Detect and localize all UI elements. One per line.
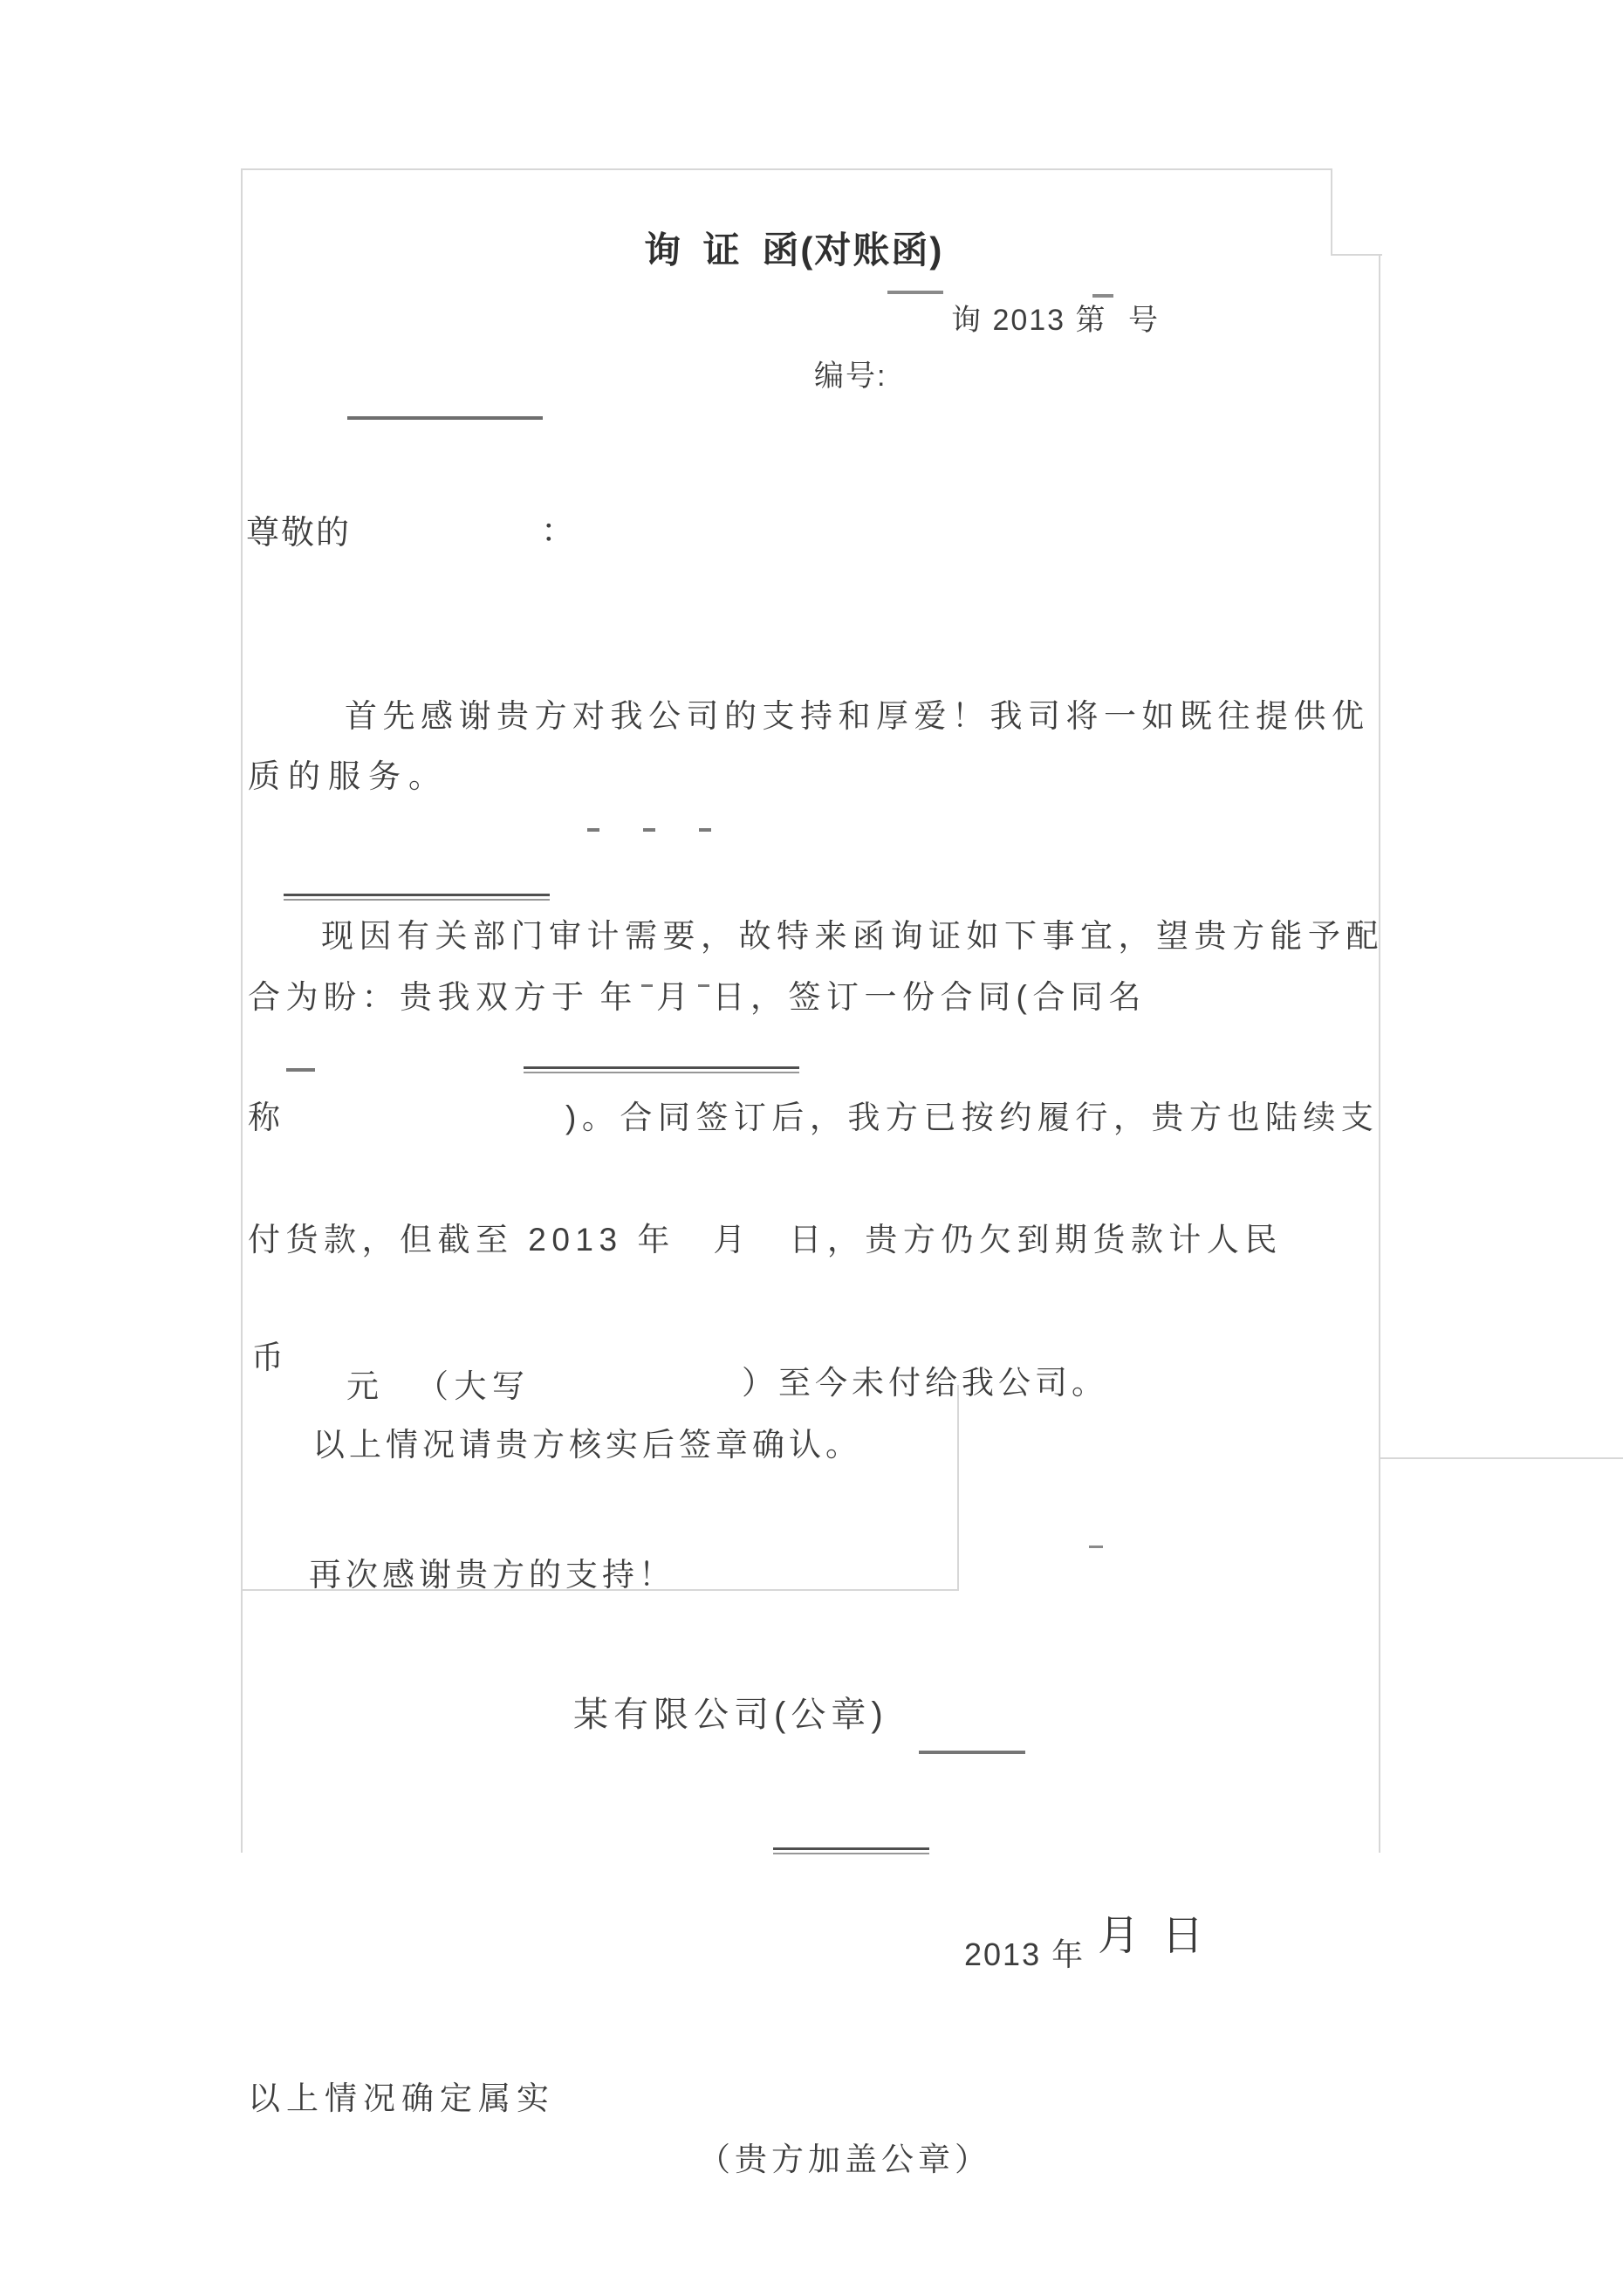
blank-dash-small: [1089, 1546, 1103, 1548]
blank-underline-seal: [919, 1751, 1025, 1754]
ref-number-prefix: 询 2013 第: [951, 303, 1107, 339]
contract-date-prefix: 合为盼：贵我双方于: [248, 979, 590, 1015]
date-year: 2013 年: [964, 1936, 1085, 1973]
blank-dash: [699, 828, 711, 832]
body-line-p1-1: 首先感谢贵方对我公司的支持和厚爱！我司将一如既往提供优: [345, 697, 1370, 736]
body-line-p4: 以上情况请贵方核实后签章确认。: [312, 1426, 862, 1464]
document-page: 询 证 函(对账函) 询 2013 第 号 编号: 尊敬的 ： 首先感谢贵方对我…: [0, 0, 1623, 2296]
blank-dash: [643, 828, 655, 832]
amount-words-label: （大写: [416, 1367, 531, 1406]
blank-underline-short: [286, 1068, 315, 1072]
number-label: 编号:: [814, 359, 887, 394]
page-border-left: [241, 168, 243, 1853]
company-signature: 某有限公司(公章): [573, 1694, 888, 1736]
blank-underline-contract-name: [524, 1066, 799, 1073]
salutation-prefix: 尊敬的: [246, 514, 351, 554]
footer-confirmation: 以上情况确定属实: [248, 2080, 555, 2118]
blank-dash: [587, 828, 599, 832]
blank-dash-row: [587, 807, 755, 846]
body-line-p2-2: 合为盼：贵我双方于年月日，签订一份合同(合同名: [248, 978, 1147, 1017]
blank-dash-ref-no: [1092, 294, 1113, 298]
amount-suffix: ）至今未付给我公司。: [742, 1364, 1108, 1402]
contract-year-label: 年: [600, 979, 639, 1015]
body-line-p2-3a: 称: [248, 1099, 286, 1137]
blank-dash: [698, 984, 709, 987]
blank-underline-signdate: [773, 1847, 929, 1854]
body-line-p1-2: 质的服务。: [248, 757, 449, 796]
blank-dash: [641, 984, 653, 987]
body-line-p2-3b: )。合同签订后，我方已按约履行，贵方也陆续支: [565, 1099, 1379, 1137]
amount-unit-label: 元: [346, 1367, 385, 1406]
salutation-colon: ：: [541, 512, 576, 552]
blank-underline-title: [887, 291, 943, 294]
contract-day-label: 日，签订一份合同(合同名: [713, 979, 1147, 1015]
blank-underline-long: [284, 894, 550, 901]
currency-label: 币: [251, 1339, 290, 1377]
textbox-divider-vertical: [957, 1385, 959, 1591]
body-line-p2-1: 现因有关部门审计需要，故特来函询证如下事宜，望贵方能予配: [321, 917, 1384, 956]
contract-month-label: 月: [656, 979, 695, 1015]
ref-number-suffix: 号: [1128, 303, 1160, 339]
blank-underline-recipient: [347, 416, 543, 420]
page-border-right-extension: [1380, 1457, 1623, 1459]
page-title: 询 证 函(对账函): [644, 229, 943, 272]
page-border-top: [241, 168, 1332, 170]
date-month-day: 月 日: [1098, 1911, 1209, 1962]
page-border-step-vertical: [1331, 168, 1332, 256]
page-border-step-horizontal: [1331, 254, 1382, 256]
footer-seal-note: （贵方加盖公章）: [698, 2141, 991, 2179]
body-line-p5: 再次感谢贵方的支持！: [309, 1556, 675, 1594]
body-line-p3-1: 付货款，但截至 2013 年 月 日，贵方仍欠到期货款计人民: [248, 1221, 1283, 1259]
page-border-right: [1379, 254, 1380, 1853]
